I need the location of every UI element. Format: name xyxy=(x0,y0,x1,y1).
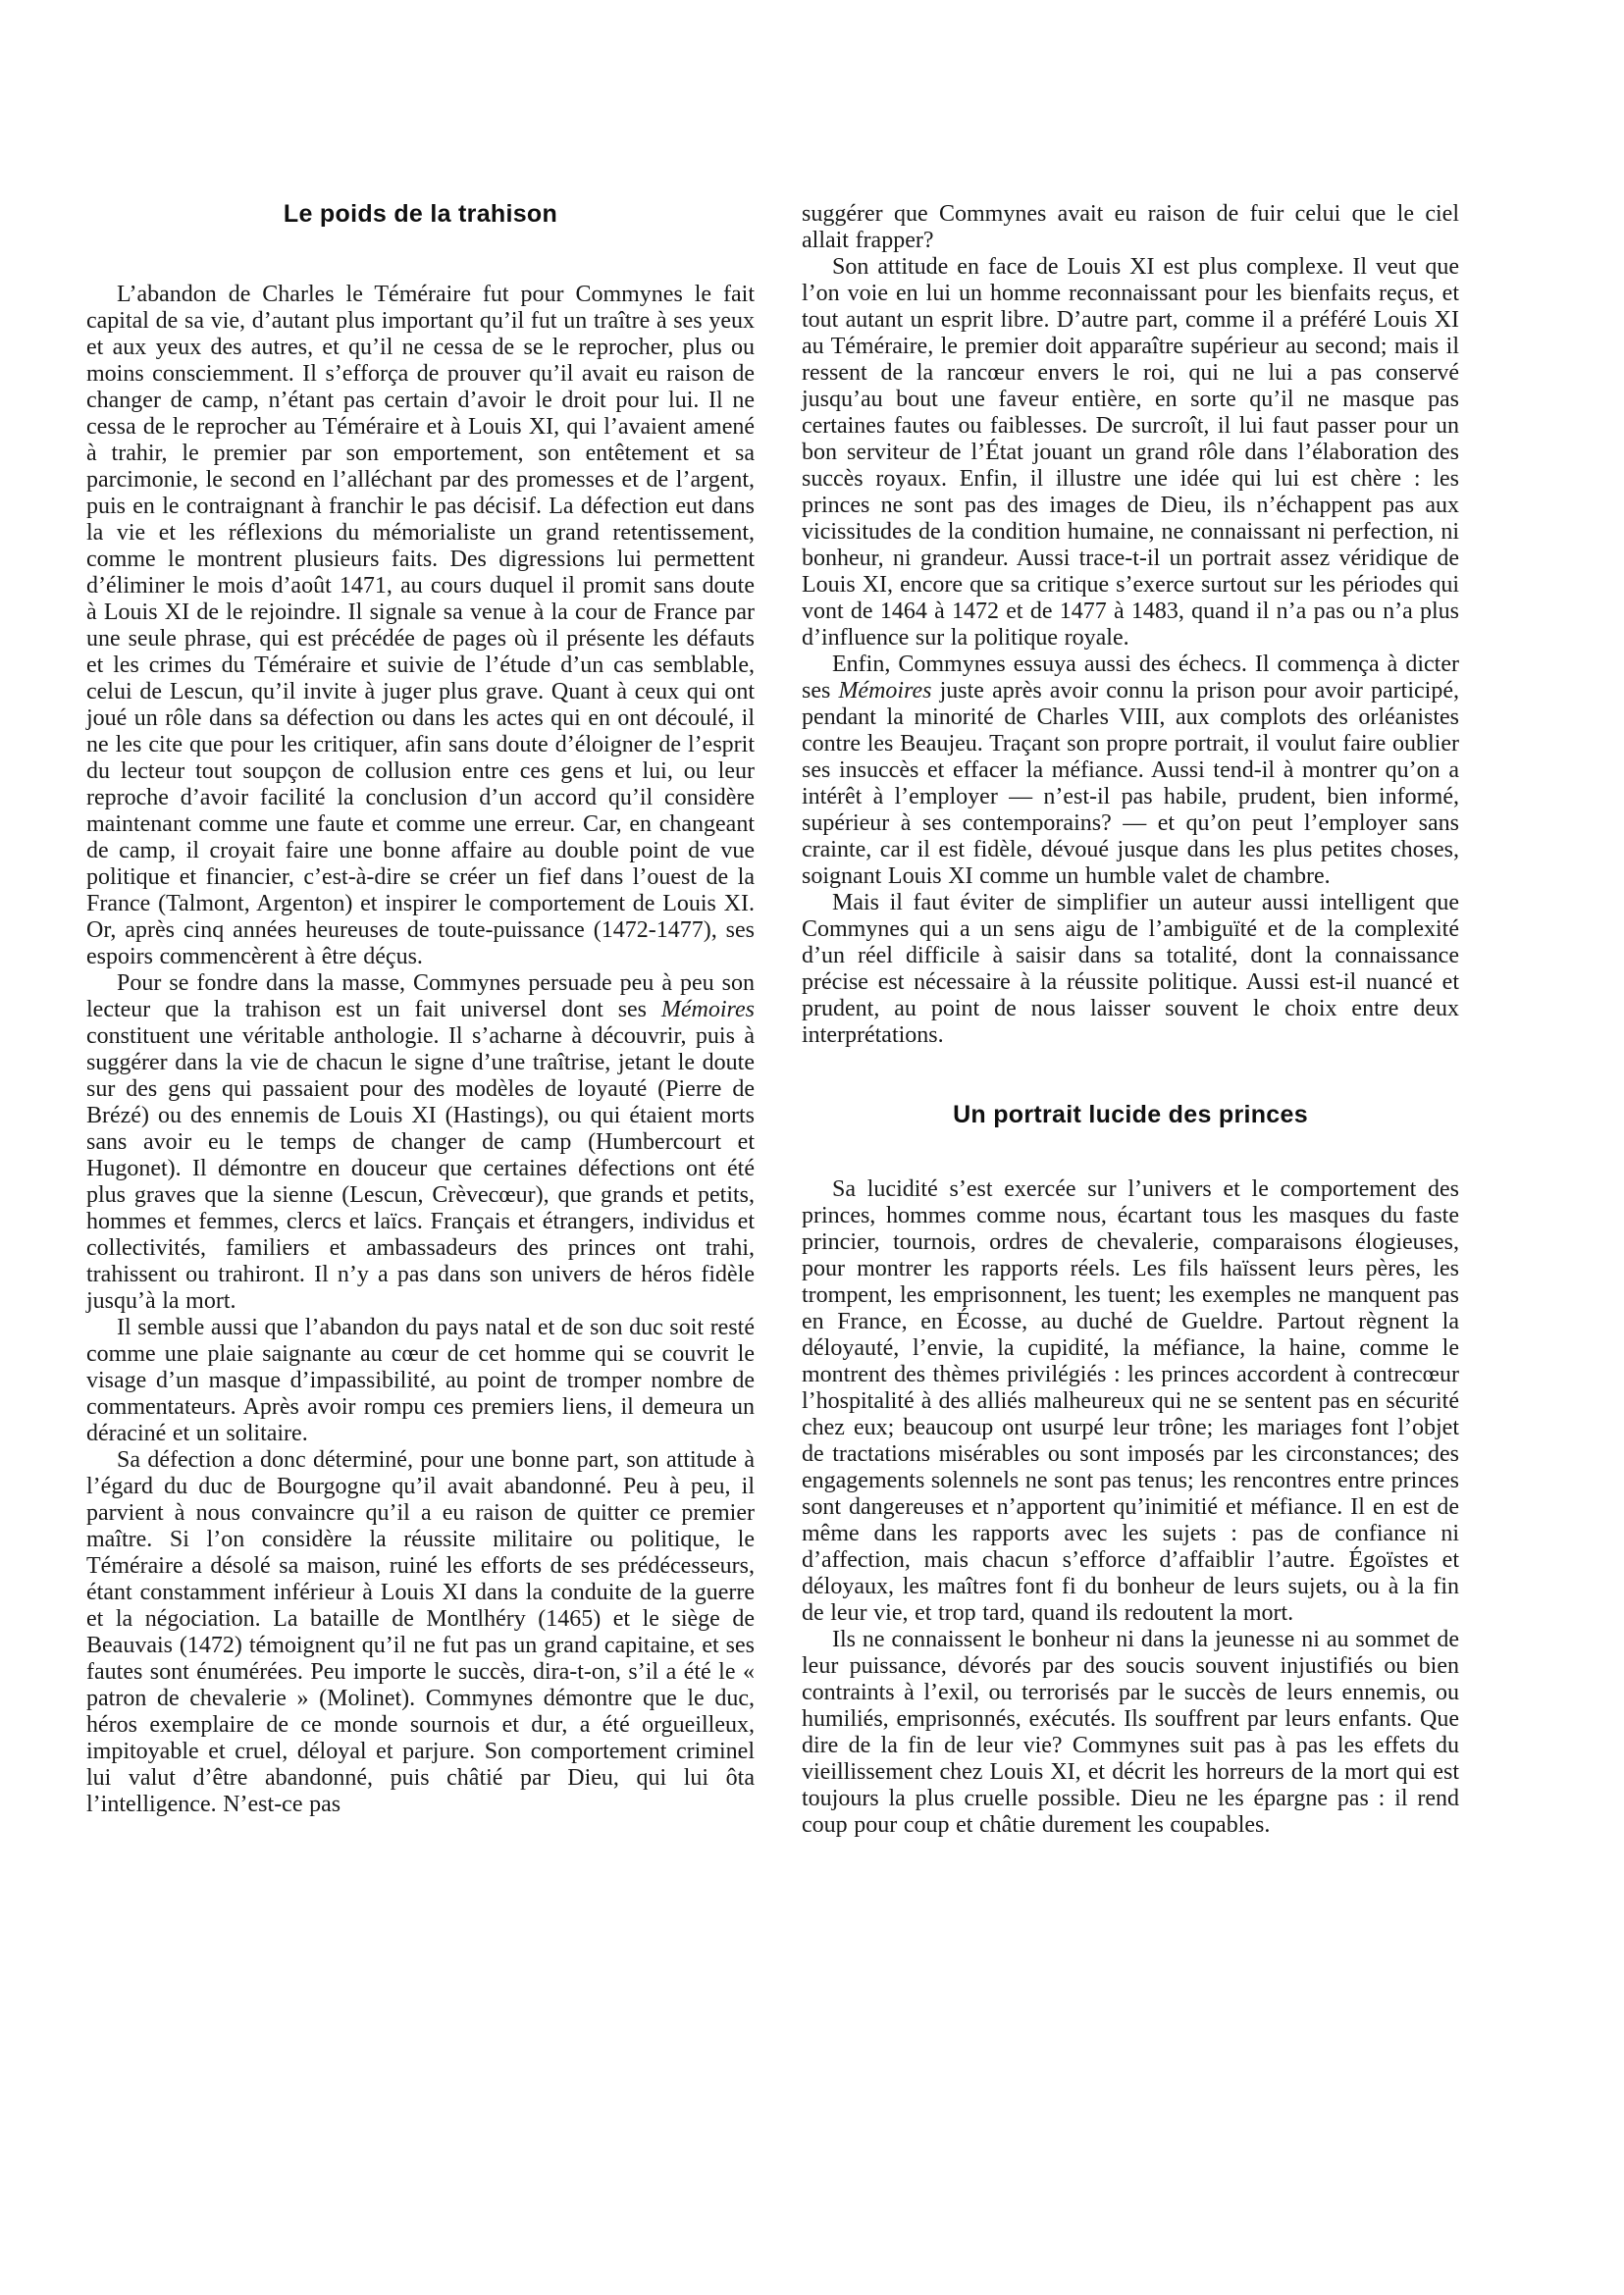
right-column-paragraphs-bottom: Sa lucidité s’est exercée sur l’univers … xyxy=(802,1176,1459,1839)
paragraph: Sa lucidité s’est exercée sur l’univers … xyxy=(802,1176,1459,1627)
paragraph: L’abandon de Charles le Téméraire fut po… xyxy=(86,282,755,970)
right-column-paragraphs-top: suggérer que Commynes avait eu raison de… xyxy=(802,201,1459,1049)
scanned-book-page: Le poids de la trahison L’abandon de Cha… xyxy=(0,0,1624,2295)
paragraph: Son attitude en face de Louis XI est plu… xyxy=(802,254,1459,652)
paragraph: Enfin, Commynes essuya aussi des échecs.… xyxy=(802,652,1459,890)
left-column-paragraphs: L’abandon de Charles le Téméraire fut po… xyxy=(86,282,755,1818)
paragraph: Sa défection a donc déterminé, pour une … xyxy=(86,1447,755,1818)
paragraph: Pour se fondre dans la masse, Commynes p… xyxy=(86,970,755,1315)
left-column: Le poids de la trahison L’abandon de Cha… xyxy=(86,201,755,1818)
section-heading-un-portrait-lucide-des-princes: Un portrait lucide des princes xyxy=(802,1102,1459,1127)
paragraph: Mais il faut éviter de simplifier un aut… xyxy=(802,890,1459,1049)
italic-title: Mémoires xyxy=(661,997,755,1022)
paragraph: suggérer que Commynes avait eu raison de… xyxy=(802,201,1459,254)
italic-title: Mémoires xyxy=(838,678,931,704)
right-column: suggérer que Commynes avait eu raison de… xyxy=(802,201,1459,1839)
paragraph: Il semble aussi que l’abandon du pays na… xyxy=(86,1315,755,1447)
section-heading-le-poids-de-la-trahison: Le poids de la trahison xyxy=(86,201,755,227)
paragraph: Ils ne connaissent le bonheur ni dans la… xyxy=(802,1627,1459,1839)
